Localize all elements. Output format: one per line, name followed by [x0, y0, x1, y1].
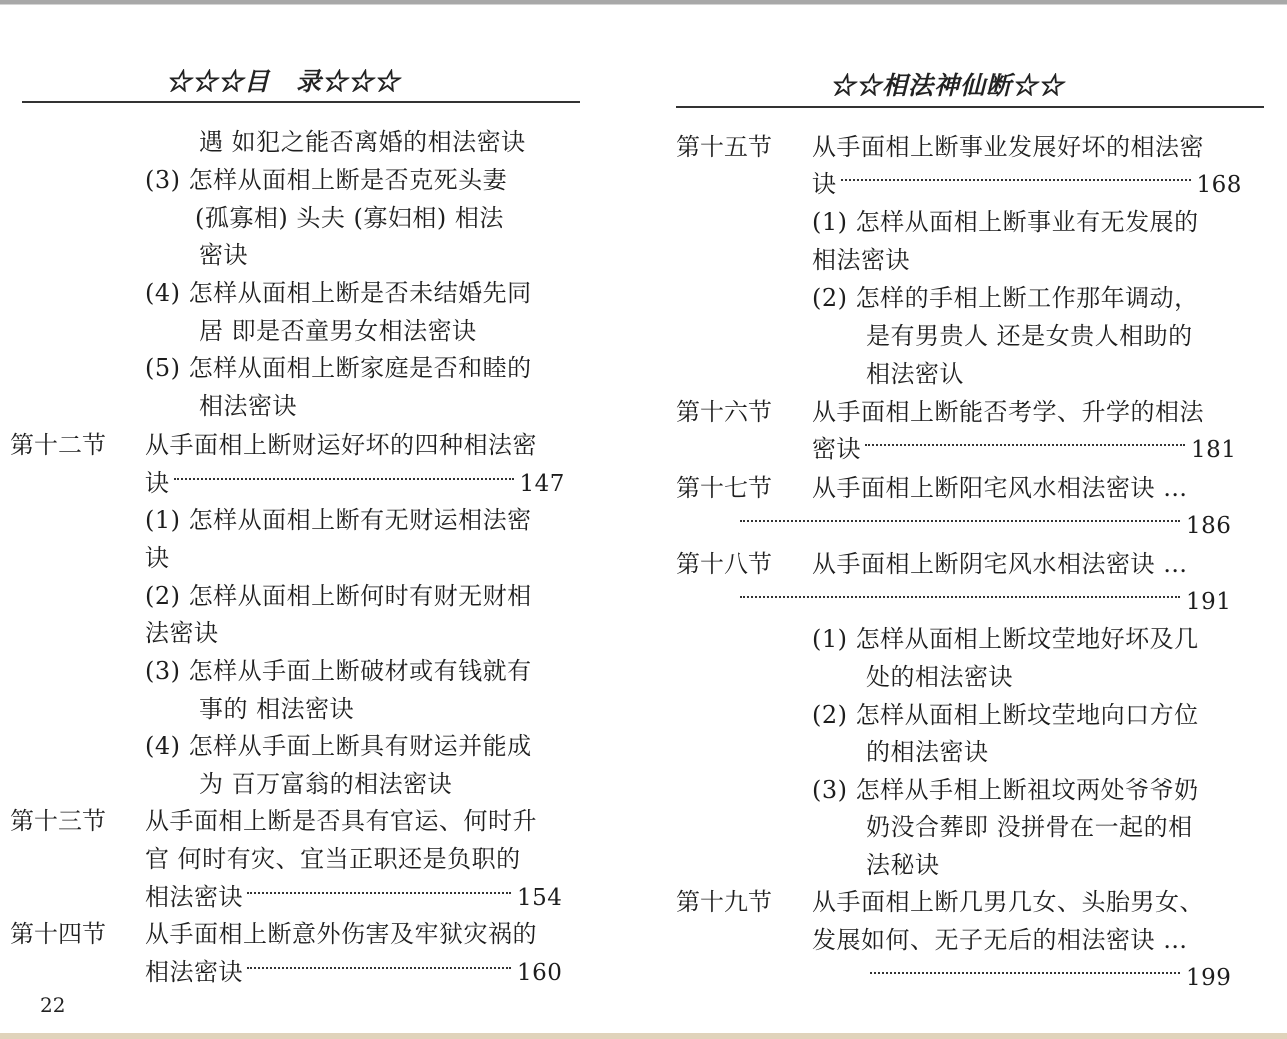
section-title-13-end: 相法密诀	[145, 883, 243, 911]
toc-subitem[interactable]: (3) 怎样从手面上断破材或有钱就有	[145, 656, 532, 686]
toc-subitem-cont: 事的 相法密诀	[199, 694, 354, 724]
dot-leader	[247, 967, 511, 969]
section-title-12[interactable]: 从手面相上断财运好坏的四种相法密	[145, 430, 537, 460]
toc-subitem-cont: 是有男贵人 还是女贵人相助的	[866, 321, 1193, 351]
section-entry-16[interactable]: 密诀181	[812, 434, 1236, 465]
toc-subitem-cont: 相法密诀	[199, 391, 297, 421]
section-title-12-end: 诀	[145, 469, 170, 497]
section-title-19[interactable]: 从手面相上断几男几女、头胎男女、	[812, 887, 1204, 917]
section-entry-13[interactable]: 相法密诀154	[145, 882, 562, 913]
section-entry-15[interactable]: 诀168	[812, 169, 1242, 200]
section-title-19-cont: 发展如何、无子无后的相法密诀 …	[812, 925, 1188, 955]
toc-subitem[interactable]: (2) 怎样从面相上断坟茔地向口方位	[812, 700, 1199, 730]
section-label-15: 第十五节	[676, 132, 772, 162]
right-page: ☆☆相法神仙断☆☆ 第十五节 从手面相上断事业发展好坏的相法密 诀168 (1)…	[660, 0, 1287, 1033]
page-folio: 22	[40, 993, 65, 1017]
running-head-left: ☆☆☆目 录☆☆☆	[166, 62, 400, 98]
viewer-bottom-edge	[0, 1033, 1287, 1039]
page-number: 147	[520, 471, 565, 497]
toc-subitem-cont: 法秘诀	[866, 850, 940, 880]
toc-subitem-cont: 密诀	[199, 240, 248, 270]
toc-subitem[interactable]: (1) 怎样从面相上断坟茔地好坏及几	[812, 624, 1199, 654]
toc-subitem[interactable]: (2) 怎样的手相上断工作那年调动，	[812, 283, 1199, 313]
section-entry-12[interactable]: 诀147	[145, 468, 565, 499]
toc-subitem-cont: 法密诀	[145, 618, 219, 648]
toc-subitem[interactable]: (1) 怎样从面相上断事业有无发展的	[812, 207, 1199, 237]
toc-subitem: (5) 怎样从面相上断家庭是否和睦的	[145, 353, 532, 383]
page-number: 191	[1186, 589, 1231, 615]
toc-subitem-cont: 的相法密诀	[866, 737, 989, 767]
section-entry-18[interactable]: 191	[736, 586, 1231, 617]
toc-continuation-line: 遇 如犯之能否离婚的相法密诀	[199, 127, 526, 157]
page-number: 154	[517, 885, 562, 911]
section-title-13[interactable]: 从手面相上断是否具有官运、何时升	[145, 806, 537, 836]
dot-leader	[247, 892, 511, 894]
toc-subitem[interactable]: (4) 怎样从手面上断具有财运并能成	[145, 731, 532, 761]
toc-subitem-cont: 相法密诀	[812, 245, 910, 275]
dot-leader	[174, 478, 514, 480]
toc-subitem-cont: 为 百万富翁的相法密诀	[199, 769, 452, 799]
section-title-15[interactable]: 从手面相上断事业发展好坏的相法密	[812, 132, 1204, 162]
toc-subitem-cont: 居 即是否童男女相法密诀	[199, 316, 477, 346]
section-label-19: 第十九节	[676, 887, 772, 917]
toc-subitem[interactable]: (3) 怎样从手相上断祖坟两处爷爷奶	[812, 775, 1199, 805]
toc-subitem: (3) 怎样从面相上断是否克死头妻	[145, 165, 507, 195]
page-number: 168	[1197, 172, 1242, 198]
page-number: 199	[1186, 965, 1231, 991]
page-number: 186	[1186, 513, 1231, 539]
section-label-13: 第十三节	[10, 806, 106, 836]
section-label-14: 第十四节	[10, 919, 106, 949]
page-number: 181	[1191, 437, 1236, 463]
section-label-18: 第十八节	[676, 549, 772, 579]
section-label-16: 第十六节	[676, 397, 772, 427]
section-title-15-end: 诀	[812, 170, 837, 198]
dot-leader	[865, 444, 1185, 446]
section-label-12: 第十二节	[10, 430, 106, 460]
section-title-17[interactable]: 从手面相上断阳宅风水相法密诀 …	[812, 473, 1188, 503]
toc-subitem-cont: 相法密认	[866, 359, 964, 389]
toc-subitem-cont: 奶没合葬即 没拼骨在一起的相	[866, 812, 1193, 842]
section-title-14-end: 相法密诀	[145, 958, 243, 986]
header-rule-right	[676, 106, 1264, 108]
section-entry-17[interactable]: 186	[736, 510, 1231, 541]
dot-leader	[740, 596, 1180, 598]
header-rule-left	[22, 101, 580, 103]
page-number: 160	[517, 960, 562, 986]
section-title-16-end: 密诀	[812, 435, 861, 463]
section-title-14[interactable]: 从手面相上断意外伤害及牢狱灾祸的	[145, 919, 537, 949]
toc-subitem-cont: 处的相法密诀	[866, 662, 1013, 692]
section-title-13-cont: 官 何时有灾、宜当正职还是负职的	[145, 844, 521, 874]
left-page: ☆☆☆目 录☆☆☆ 遇 如犯之能否离婚的相法密诀 (3) 怎样从面相上断是否克死…	[0, 0, 600, 1033]
dot-leader	[740, 520, 1180, 522]
toc-subitem-cont: (孤寡相) 头夫 (寡妇相) 相法	[195, 203, 504, 233]
toc-subitem: (4) 怎样从面相上断是否未结婚先同	[145, 278, 532, 308]
toc-subitem[interactable]: (1) 怎样从面相上断有无财运相法密	[145, 505, 532, 535]
toc-subitem[interactable]: (2) 怎样从面相上断何时有财无财相	[145, 581, 532, 611]
section-entry-19[interactable]: 199	[866, 962, 1231, 993]
dot-leader	[870, 972, 1180, 974]
section-label-17: 第十七节	[676, 473, 772, 503]
section-title-18[interactable]: 从手面相上断阴宅风水相法密诀 …	[812, 549, 1188, 579]
toc-subitem-cont: 诀	[145, 543, 170, 573]
dot-leader	[841, 179, 1191, 181]
running-head-right: ☆☆相法神仙断☆☆	[830, 66, 1064, 102]
section-entry-14[interactable]: 相法密诀160	[145, 957, 562, 988]
section-title-16[interactable]: 从手面相上断能否考学、升学的相法	[812, 397, 1204, 427]
